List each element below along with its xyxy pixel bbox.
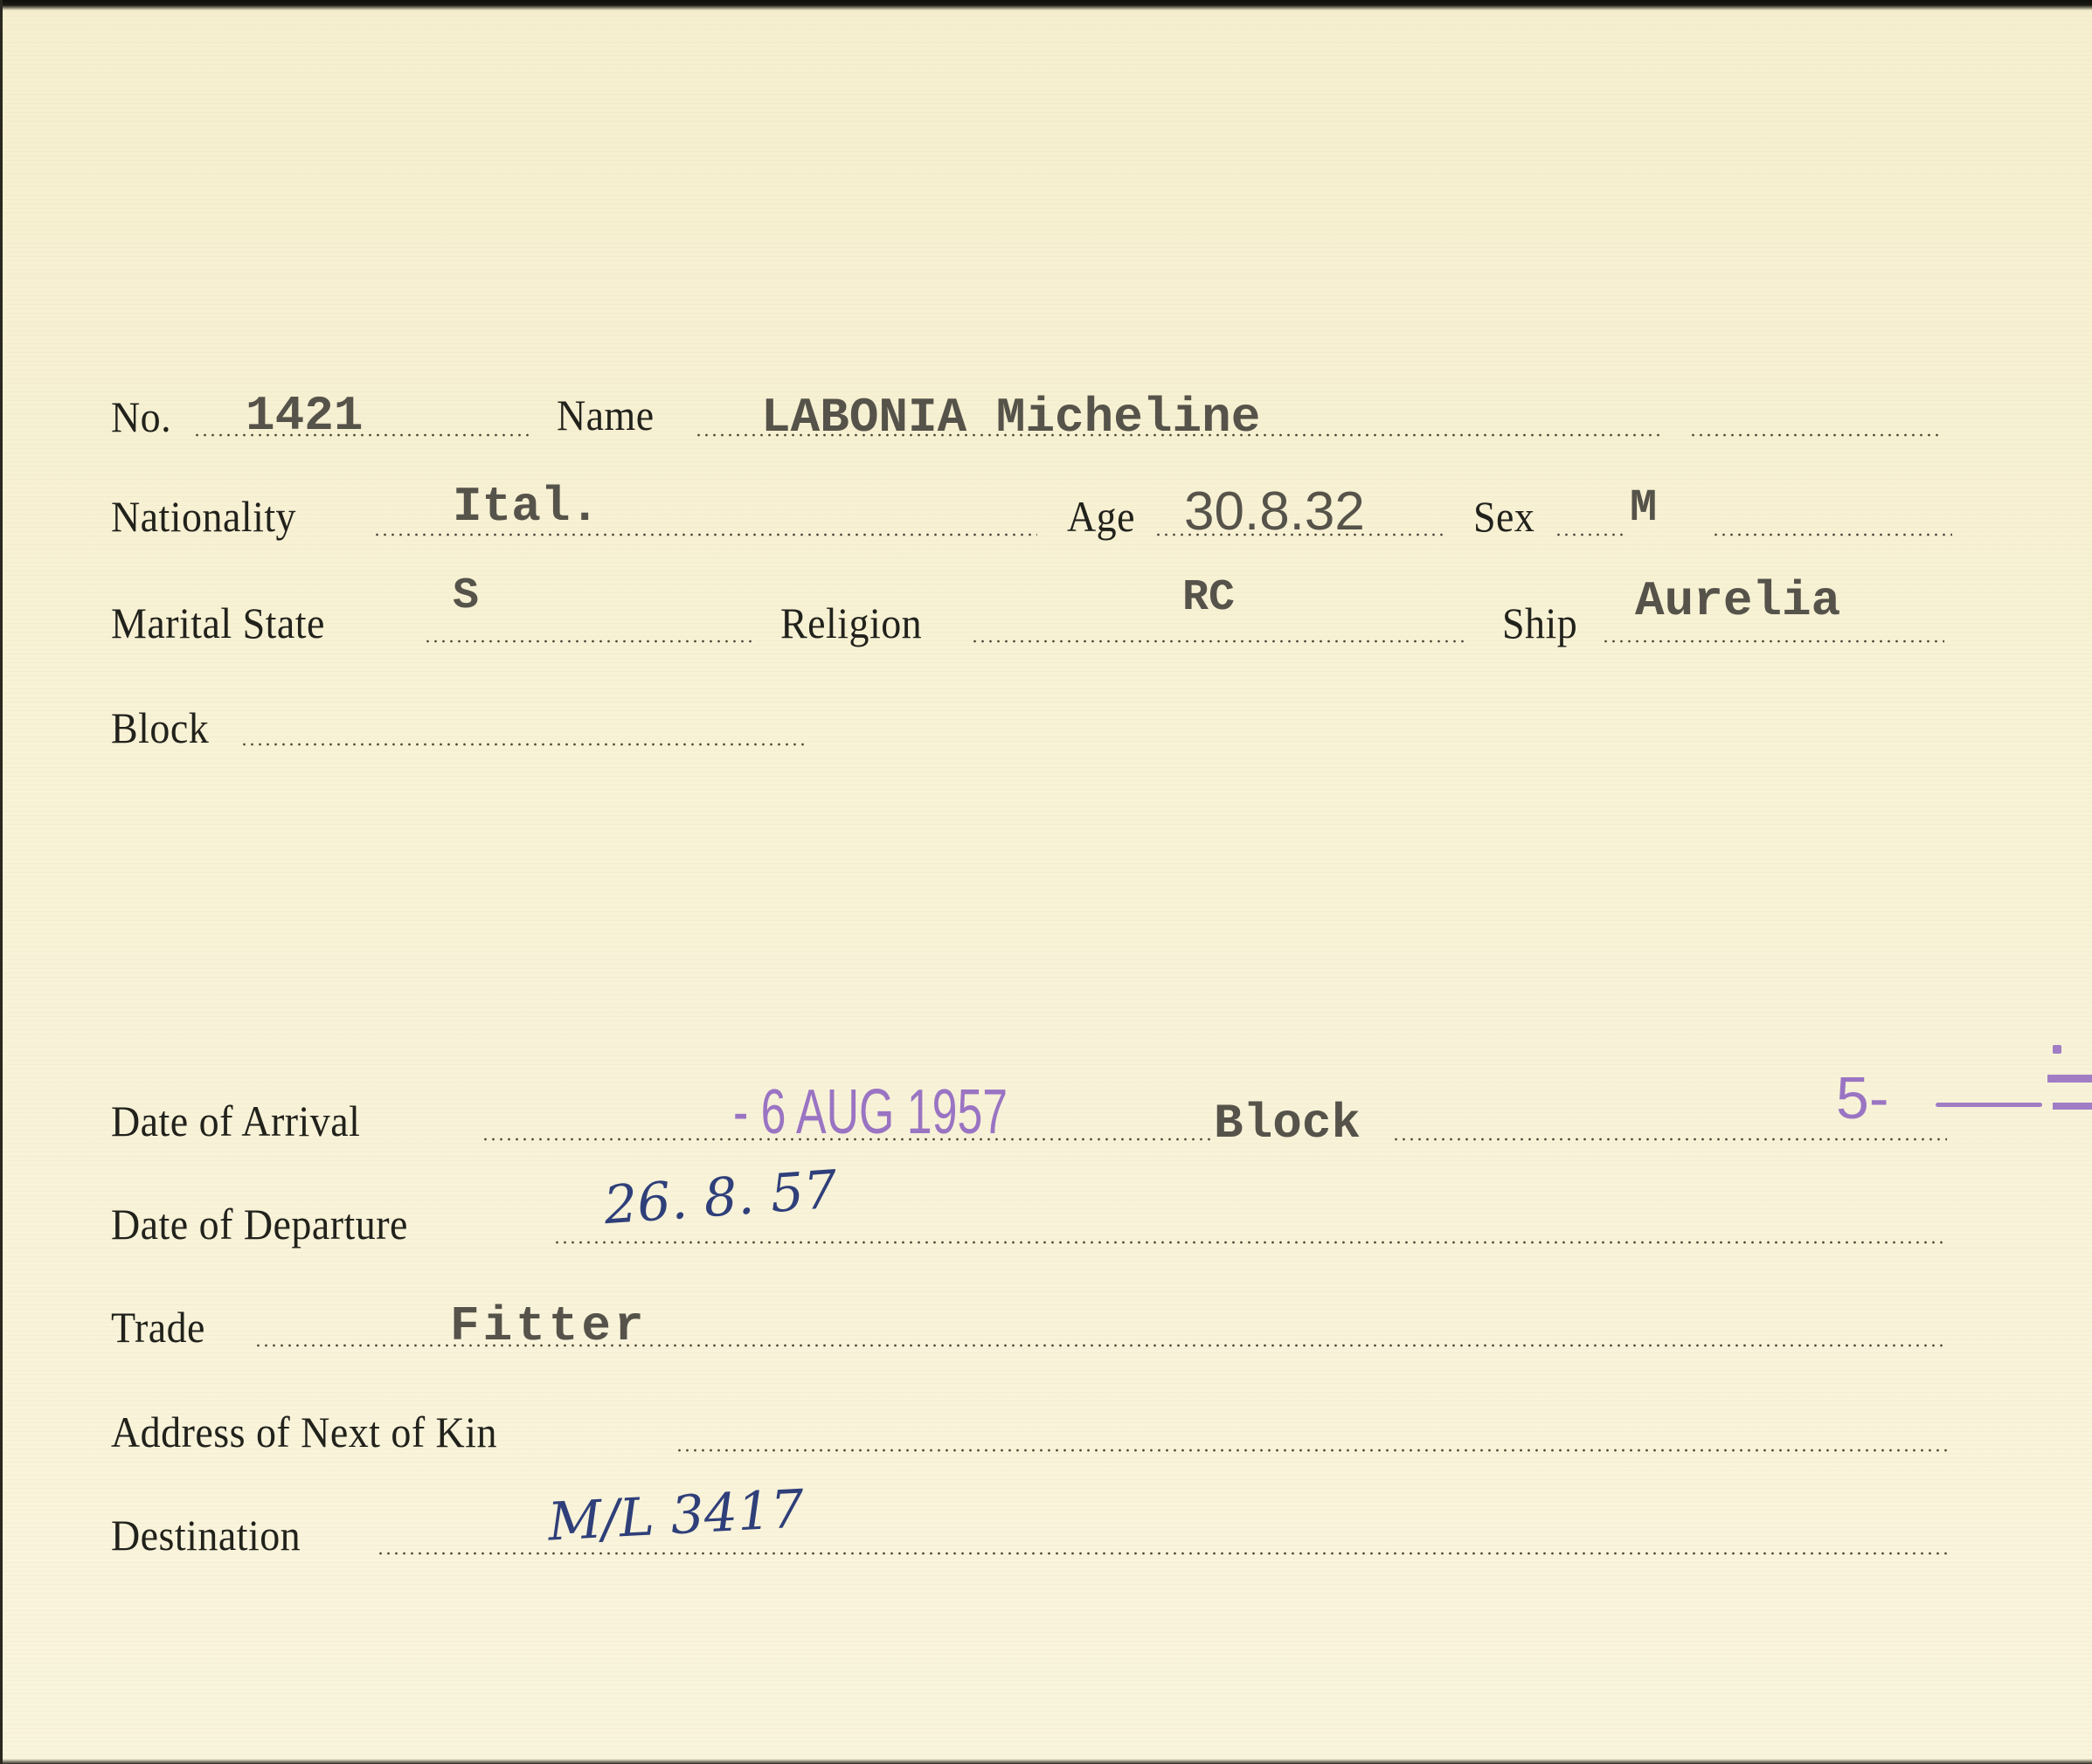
arrival-block-label: Block	[1214, 1096, 1361, 1152]
arrival-date-stamp: - 6 AUG 1957	[733, 1076, 1008, 1148]
marital-state-dotted-line	[424, 640, 752, 643]
registration-card: No. 1421 Name LABONIA Micheline National…	[0, 0, 2092, 1764]
stamp-fragment-bar-2	[2053, 1103, 2092, 1110]
block-dotted-line	[240, 743, 804, 746]
nationality-value: Ital.	[453, 479, 599, 535]
date-of-departure-dotted-line	[553, 1241, 1947, 1244]
card-bottom-edge	[3, 1759, 2092, 1764]
date-of-arrival-label: Date of Arrival	[111, 1096, 360, 1146]
age-label: Age	[1067, 491, 1135, 542]
age-value: 30.8.32	[1184, 481, 1365, 543]
name-dotted-line-2	[1689, 433, 1943, 437]
arrival-block-dotted-line	[1392, 1138, 1947, 1141]
trade-label: Trade	[111, 1302, 205, 1352]
block-label: Block	[111, 702, 209, 753]
nationality-label: Nationality	[111, 491, 296, 542]
next-of-kin-dotted-line	[675, 1449, 1947, 1452]
no-label: No.	[111, 391, 171, 442]
sex-value: M	[1630, 482, 1657, 534]
stamp-fragment-dot	[2053, 1045, 2061, 1054]
ship-value: Aurelia	[1635, 573, 1840, 629]
departure-date-handwritten: 26. 8. 57	[602, 1159, 839, 1236]
religion-value: RC	[1182, 573, 1235, 623]
sex-label: Sex	[1473, 491, 1534, 542]
stamp-fragment-bar	[2047, 1075, 2092, 1083]
name-label: Name	[557, 390, 655, 440]
sex-dotted-line-2	[1712, 533, 1952, 536]
block-stamp-mark: 5-	[1836, 1064, 1888, 1132]
ship-dotted-line	[1602, 640, 1944, 643]
card-top-edge	[3, 0, 2092, 10]
sex-dotted-line	[1555, 533, 1624, 536]
religion-label: Religion	[780, 598, 922, 648]
date-of-departure-label: Date of Departure	[111, 1199, 408, 1249]
marital-state-value: S	[453, 571, 479, 621]
destination-label: Destination	[111, 1510, 301, 1560]
next-of-kin-label: Address of Next of Kin	[111, 1407, 497, 1457]
religion-dotted-line	[971, 640, 1469, 643]
destination-dotted-line	[377, 1552, 1947, 1555]
no-value: 1421	[246, 388, 363, 444]
trade-value: Fitter	[450, 1298, 648, 1354]
ship-label: Ship	[1502, 598, 1577, 648]
destination-handwritten: M/L 3417	[546, 1478, 806, 1553]
name-value: LABONIA Micheline	[761, 390, 1260, 446]
stamp-line	[1936, 1103, 2042, 1107]
marital-state-label: Marital State	[111, 598, 325, 648]
